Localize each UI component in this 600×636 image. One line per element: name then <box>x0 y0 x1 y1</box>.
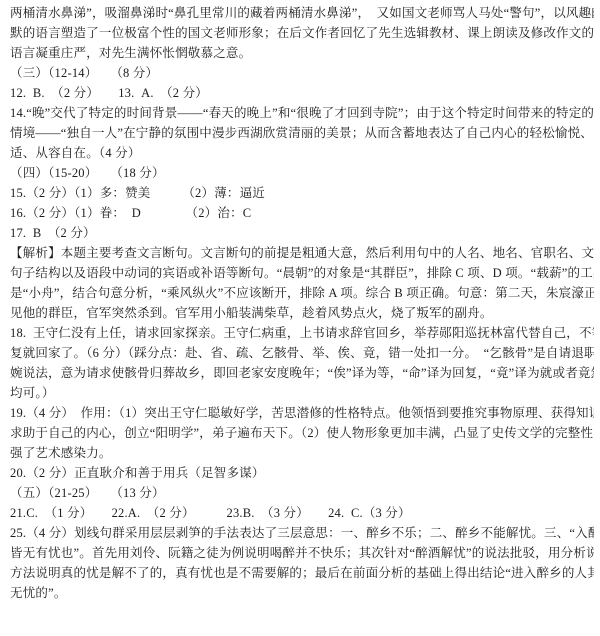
text-line: 复就回家了。（6 分）（踩分点：赴、省、疏、乞骸骨、举、俟、竟，错一处扣一分。 … <box>10 343 594 363</box>
text-line: 皆无有忧也”。首先用刘伶、阮籍之徒为例说明喝醉并不快乐；其次针对“醉酒解忧”的说… <box>10 543 594 563</box>
text-line: 强了艺术感染力。 <box>10 443 594 463</box>
analysis-line: 见他的群臣，官军突然杀到。官军用小船装满柴草，趁着风势点火，烧了叛军的副舟。 <box>10 303 594 323</box>
answer-line-q12-q13: 12. B. （2 分） 13. A. （2 分） <box>10 83 594 103</box>
analysis-line: 句子结构以及语段中动词的宾语或补语等断句。“晨朝”的对象是“其群臣”，排除 C … <box>10 263 594 283</box>
answer-line-q19: 19.（4 分） 作用：（1）突出王守仁聪敏好学，苦思潜修的性格特点。他领悟到要… <box>10 403 594 423</box>
answer-line-q15: 15.（2 分）（1）多：赞美 （2）薄：逼近 <box>10 183 594 203</box>
text-line: 语言凝重庄严，对先生满怀怅惘敬慕之意。 <box>10 43 594 63</box>
text-line: 均可。） <box>10 383 594 403</box>
answer-line-q20: 20.（2 分）正直耿介和善于用兵（足智多谋） <box>10 463 594 483</box>
text-line: 方法说明真的忧是解不了的，真有忧也是不需要解的；最后在前面分析的基础上得出结论“… <box>10 563 594 583</box>
answer-line-q14: 14.“晚”交代了特定的时间背景——“春天的晚上”和“很晚了才回到寺院”；由于这… <box>10 103 594 123</box>
analysis-line: 是“小舟”，结合句意分析，“乘风纵火”不应该断开，排除 A 项。综合 B 项正确… <box>10 283 594 303</box>
text-line: 情境——“独自一人”在宁静的氛围中漫步西湖欣赏清丽的美景；从而含蓄地表达了自己内… <box>10 123 594 143</box>
answer-line-q21-q24: 21.C. （1 分） 22.A. （2 分） 23.B. （3 分） 24. … <box>10 503 594 523</box>
answer-line-q16: 16.（2 分）（1）眷： D （2）治：C <box>10 203 594 223</box>
answer-line-q17: 17. B （2 分） <box>10 223 594 243</box>
text-line: 默的语言塑造了一位极富个性的国文老师形象；在后文作者回忆了先生选辑教材、课上朗读… <box>10 23 594 43</box>
section-heading-4: （四）（15-20） （18 分） <box>10 163 594 183</box>
text-line: 适、从容自在。（4 分） <box>10 143 594 163</box>
text-line: 无忧的”。 <box>10 583 594 603</box>
section-heading-3: （三）（12-14） （8 分） <box>10 63 594 83</box>
answer-key-document-page: 两桶清水鼻涕”，吸溜鼻涕时“鼻孔里常川的藏着两桶清水鼻涕”， 又如国文老师骂人马… <box>0 0 600 636</box>
answer-line-q18: 18. 王守仁没有上任，请求回家探亲。王守仁病重，上书请求辞官回乡，举荐郧阳巡抚… <box>10 323 594 343</box>
text-line: 婉说法，意为请求使骸骨归葬故乡，即回老家安度晚年；“俟”译为等，“命”译为回复，… <box>10 363 594 383</box>
answer-line-q25: 25.（4 分）划线句群采用层层剥笋的手法表达了三层意思：一、醉乡不乐；二、醉乡… <box>10 523 594 543</box>
analysis-line: 【解析】本题主要考查文言断句。文言断句的前提是粗通大意，然后利用句中的人名、地名… <box>10 243 594 263</box>
text-line: 两桶清水鼻涕”，吸溜鼻涕时“鼻孔里常川的藏着两桶清水鼻涕”， 又如国文老师骂人马… <box>10 3 594 23</box>
text-line: 求助于自己的内心，创立“阳明学”，弟子遍布天下。（2）使人物形象更加丰满，凸显了… <box>10 423 594 443</box>
section-heading-5: （五）（21-25） （13 分） <box>10 483 594 503</box>
